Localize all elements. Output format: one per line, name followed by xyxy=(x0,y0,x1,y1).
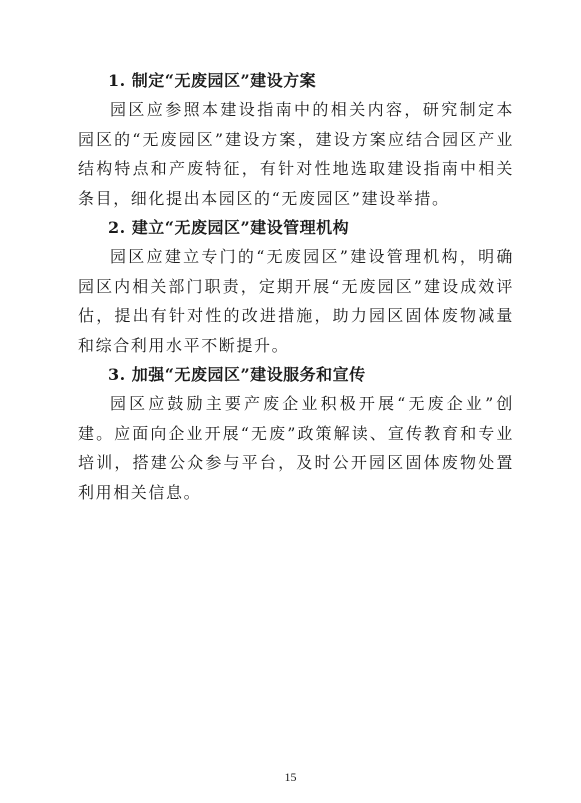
section-3-heading: 3. 加强“无废园区”建设服务和宣传 xyxy=(78,360,514,389)
document-page: 1. 制定“无废园区”建设方案 园区应参照本建设指南中的相关内容，研究制定本园区… xyxy=(78,66,514,507)
section-2-heading: 2. 建立“无废园区”建设管理机构 xyxy=(78,213,514,242)
section-1-heading: 1. 制定“无废园区”建设方案 xyxy=(78,66,514,95)
section-2-body: 园区应建立专门的“无废园区”建设管理机构，明确园区内相关部门职责，定期开展“无废… xyxy=(78,242,514,360)
page-number: 15 xyxy=(0,770,581,785)
section-1-body: 园区应参照本建设指南中的相关内容，研究制定本园区的“无废园区”建设方案，建设方案… xyxy=(78,95,514,213)
section-3-body: 园区应鼓励主要产废企业积极开展“无废企业”创建。应面向企业开展“无废”政策解读、… xyxy=(78,389,514,507)
